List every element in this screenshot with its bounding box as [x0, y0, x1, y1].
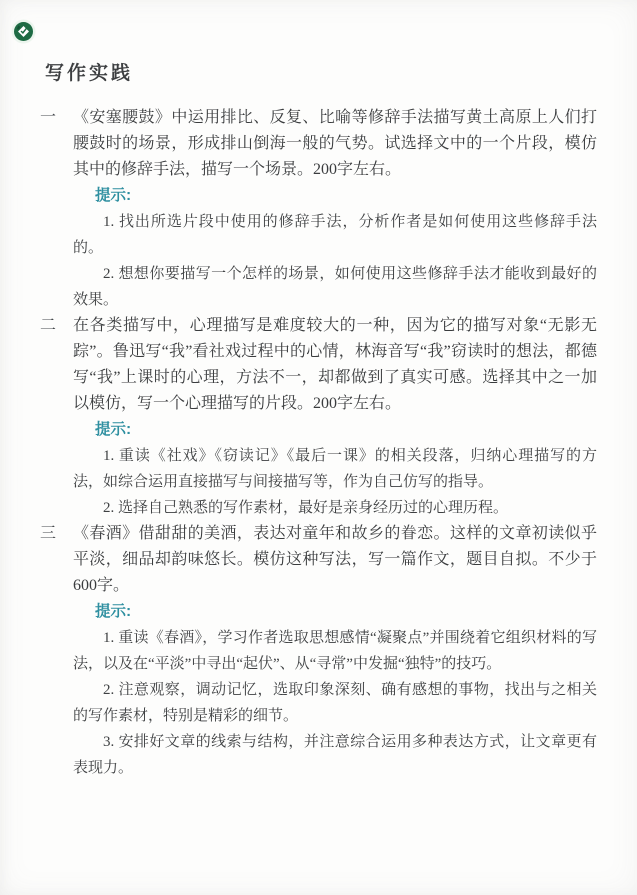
exercise-section-1: 一 《安塞腰鼓》中运用排比、反复、比喻等修辞手法描写黄土高原上人们打腰鼓时的场景…: [73, 105, 597, 313]
hint-item: 3. 安排好文章的线索与结构，并注意综合运用多种表达方式，让文章更有表现力。: [73, 729, 597, 781]
section-number: 一: [40, 105, 66, 131]
hint-item: 2. 注意观察，调动记忆，选取印象深刻、确有感想的事物，找出与之相关的写作素材，…: [73, 677, 597, 729]
page-content: 一 《安塞腰鼓》中运用排比、反复、比喻等修辞手法描写黄土高原上人们打腰鼓时的场景…: [73, 105, 597, 781]
hint-label: 提示:: [73, 183, 597, 209]
hint-block: 提示: 1. 重读《社戏》《窃读记》《最后一课》的相关段落，归纳心理描写的方法，…: [73, 417, 597, 521]
section-number: 二: [40, 313, 66, 339]
exercise-text: 《安塞腰鼓》中运用排比、反复、比喻等修辞手法描写黄土高原上人们打腰鼓时的场景，形…: [73, 105, 597, 183]
hint-block: 提示: 1. 重读《春酒》，学习作者选取思想感情“凝聚点”并围绕着它组织材料的写…: [73, 599, 597, 781]
publisher-logo-icon: [11, 19, 36, 44]
scanned-textbook-page: 写作实践 一 《安塞腰鼓》中运用排比、反复、比喻等修辞手法描写黄土高原上人们打腰…: [0, 0, 637, 895]
exercise-section-2: 二 在各类描写中，心理描写是难度较大的一种，因为它的描写对象“无影无踪”。鲁迅写…: [73, 313, 597, 521]
section-number: 三: [40, 521, 66, 547]
hint-item: 1. 重读《社戏》《窃读记》《最后一课》的相关段落，归纳心理描写的方法，如综合运…: [73, 443, 597, 495]
hint-item: 1. 重读《春酒》，学习作者选取思想感情“凝聚点”并围绕着它组织材料的写法，以及…: [73, 625, 597, 677]
exercise-text: 在各类描写中，心理描写是难度较大的一种，因为它的描写对象“无影无踪”。鲁迅写“我…: [73, 313, 597, 417]
hint-item: 2. 选择自己熟悉的写作素材，最好是亲身经历过的心理历程。: [73, 495, 597, 521]
hint-item: 2. 想想你要描写一个怎样的场景，如何使用这些修辞手法才能收到最好的效果。: [73, 261, 597, 313]
hint-item: 1. 找出所选片段中使用的修辞手法，分析作者是如何使用这些修辞手法的。: [73, 209, 597, 261]
page-title: 写作实践: [45, 58, 133, 85]
exercise-section-3: 三 《春酒》借甜甜的美酒，表达对童年和故乡的眷恋。这样的文章初读似乎平淡，细品却…: [73, 521, 597, 781]
hint-label: 提示:: [73, 599, 597, 625]
exercise-text: 《春酒》借甜甜的美酒，表达对童年和故乡的眷恋。这样的文章初读似乎平淡，细品却韵味…: [73, 521, 597, 599]
hint-label: 提示:: [73, 417, 597, 443]
hint-block: 提示: 1. 找出所选片段中使用的修辞手法，分析作者是如何使用这些修辞手法的。 …: [73, 183, 597, 313]
